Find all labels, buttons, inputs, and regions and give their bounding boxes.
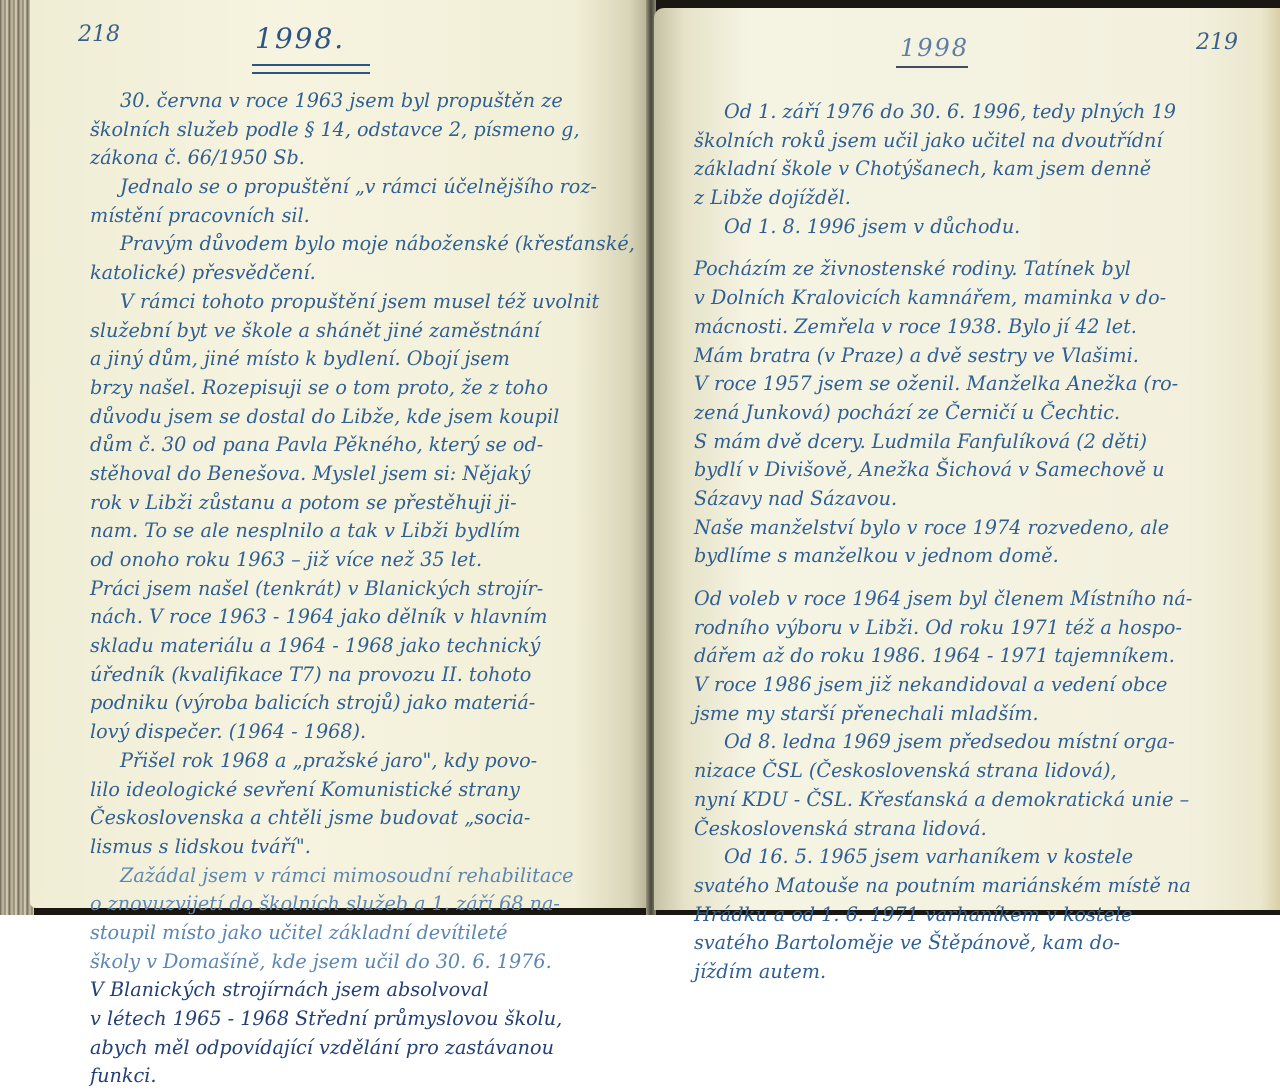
text-line: základní škole v Chotýšanech, kam jsem d… [694,155,1192,184]
text-line: S mám dvě dcery. Ludmila Fanfulíková (2 … [694,428,1192,457]
text-line: Hrádku a od 1. 6. 1971 varhaníkem v kost… [694,901,1192,927]
page-number: 219 [1196,30,1238,55]
text-line: stěhoval do Benešova. Myslel jsem si: Ně… [90,460,635,489]
text-line: Od 16. 5. 1965 jsem varhaníkem v kostele [694,843,1192,872]
text-line: o znovuzvijetí do školních služeb a 1. z… [90,890,635,919]
text-line: a jiný dům, jiné místo k bydlení. Obojí … [90,345,635,374]
text-line: 30. června v roce 1963 jsem byl propuště… [90,87,635,116]
text-line: svatého Matouše na poutním mariánském mí… [694,872,1192,901]
text-line: jsme my starší přenechali mladším. [694,700,1192,729]
right-page: 219 1998 Od 1. září 1976 do 30. 6. 1996,… [654,8,1280,910]
text-line: Sázavy nad Sázavou. [694,485,1192,514]
text-line: Od 8. ledna 1969 jsem předsedou místní o… [694,728,1192,757]
text-line: nizace ČSL (Československá strana lidová… [694,757,1192,786]
text-line: místění pracovních sil. [90,202,635,231]
text-line: bydlíme s manželkou v jednom domě. [694,542,1192,571]
text-line: V roce 1957 jsem se oženil. Manželka Ane… [694,370,1192,399]
text-line: školních roků jsem učil jako učitel na d… [694,127,1192,156]
text-line: Mám bratra (v Praze) a dvě sestry ve Vla… [694,342,1192,371]
text-line: stoupil místo jako učitel základní devít… [90,919,635,927]
open-book: 218 1998. 30. června v roce 1963 jsem by… [0,0,1280,915]
text-line: Práci jsem našel (tenkrát) v Blanických … [90,575,635,604]
text-line: katolické) přesvědčení. [90,259,635,288]
text-line: Československa a chtěli jsme budovat „so… [90,804,635,833]
text-line: z Libže dojížděl. [694,184,1192,213]
text-line: nam. To se ale nesplnilo a tak v Libži b… [90,517,635,546]
text-line: od onoho roku 1963 – již více než 35 let… [90,546,635,575]
text-line: dům č. 30 od pana Pavla Pěkného, který s… [90,431,635,460]
text-line: rodního výboru v Libži. Od roku 1971 též… [694,614,1192,643]
text-line: dářem až do roku 1986. 1964 - 1971 tajem… [694,642,1192,671]
page-stack-edge [0,0,34,915]
text-line: nách. V roce 1963 - 1964 jako dělník v h… [90,603,635,632]
text-line: úředník (kvalifikace T7) na provozu II. … [90,661,635,690]
text-line: služební byt ve škole a shánět jiné zamě… [90,317,635,346]
year-heading: 1998 [900,34,969,62]
left-page: 218 1998. 30. června v roce 1963 jsem by… [30,0,648,908]
heading-underline [252,64,370,74]
text-line: lismus s lidskou tváří". [90,833,635,862]
text-line: Pravým důvodem bylo moje náboženské (kře… [90,230,635,259]
text-line: skladu materiálu a 1964 - 1968 jako tech… [90,632,635,661]
text-line: bydlí v Divišově, Anežka Šichová v Samec… [694,456,1192,485]
text-line: rok v Libži zůstanu a potom se přestěhuj… [90,489,635,518]
text-line: lový dispečer. (1964 - 1968). [90,718,635,747]
text-line: Jednalo se o propuštění „v rámci účelněj… [90,173,635,202]
text-line: Přišel rok 1968 a „pražské jaro", kdy po… [90,747,635,776]
text-line: V rámci tohoto propuštění jsem musel též… [90,288,635,317]
text-line: Pocházím ze živnostenské rodiny. Tatínek… [694,255,1192,284]
text-line: brzy našel. Rozepisuji se o tom proto, ž… [90,374,635,403]
text-line: podniku (výroba balicích strojů) jako ma… [90,689,635,718]
handwritten-text: Od 1. září 1976 do 30. 6. 1996, tedy pln… [694,98,1192,927]
text-line: nyní KDU - ČSL. Křesťanská a demokratick… [694,786,1192,815]
handwritten-text: 30. června v roce 1963 jsem byl propuště… [90,87,635,927]
text-line: školních služeb podle § 14, odstavce 2, … [90,116,635,145]
text-line: mácnosti. Zemřela v roce 1938. Bylo jí 4… [694,313,1192,342]
text-line: Od 1. 8. 1996 jsem v důchodu. [694,213,1192,242]
text-line: Československá strana lidová. [694,815,1192,844]
text-line: důvodu jsem se dostal do Libže, kde jsem… [90,403,635,432]
text-line: Zažádal jsem v rámci mimosoudní rehabili… [90,862,635,891]
text-line: V roce 1986 jsem již nekandidoval a vede… [694,671,1192,700]
text-line: v Dolních Kralovicích kamnářem, maminka … [694,284,1192,313]
year-heading: 1998. [255,22,345,55]
heading-underline [896,66,968,74]
text-line: zákona č. 66/1950 Sb. [90,144,635,173]
page-number: 218 [78,22,120,47]
text-line: Naše manželství bylo v roce 1974 rozvede… [694,514,1192,543]
text-line: lilo ideologické sevření Komunistické st… [90,776,635,805]
text-line: zená Junková) pochází ze Černičí u Čecht… [694,399,1192,428]
text-line: Od voleb v roce 1964 jsem byl členem Mís… [694,585,1192,614]
text-line: Od 1. září 1976 do 30. 6. 1996, tedy pln… [694,98,1192,127]
